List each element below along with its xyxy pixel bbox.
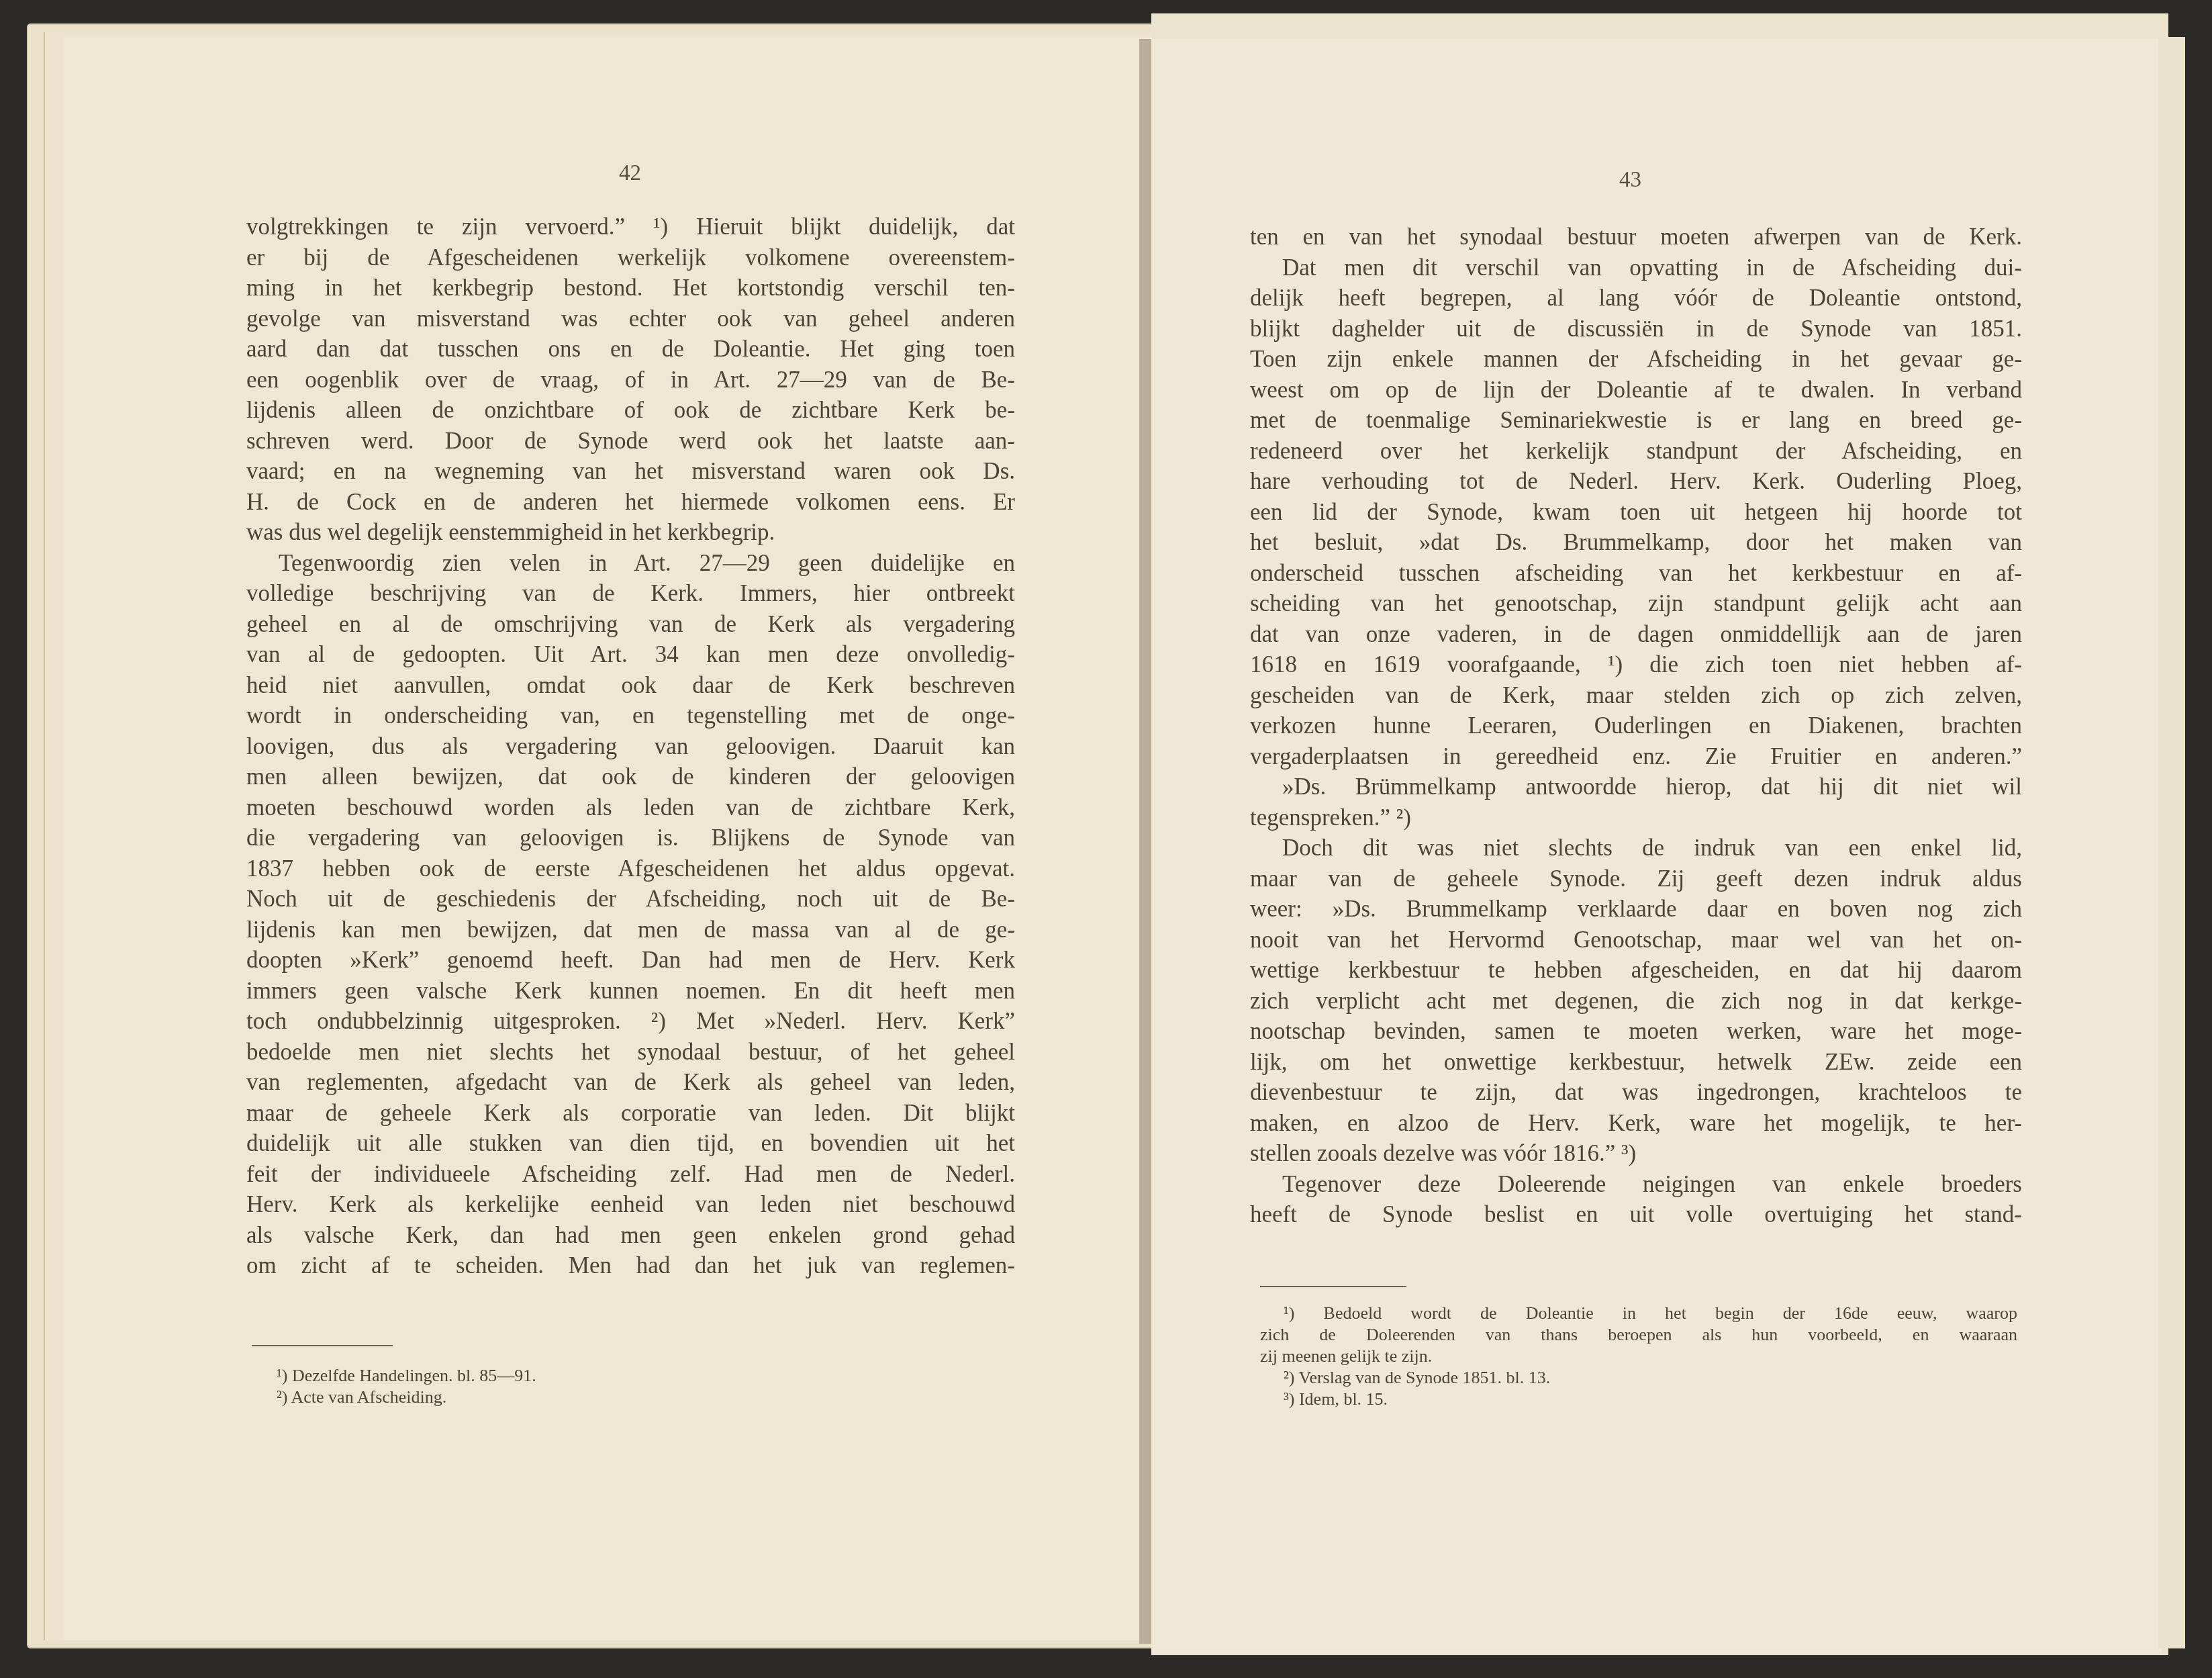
text-line: heid niet aanvullen, omdat ook daar de K… — [246, 670, 1015, 701]
text-line: lijdenis alleen de onzichtbare of ook de… — [246, 395, 1015, 426]
text-line: scheiding van het genootschap, zijn stan… — [1250, 588, 2022, 619]
left-footnote-rule — [252, 1345, 393, 1346]
text-line: moeten beschouwd worden als leden van de… — [246, 792, 1015, 823]
text-line: stellen zooals dezelve was vóór 1816.” ³… — [1250, 1138, 2022, 1169]
text-line: maar van de geheele Synode. Zij geeft de… — [1250, 864, 2022, 894]
text-line: feit der individueele Afscheiding zelf. … — [246, 1159, 1015, 1190]
text-line: lijk, om het onwettige kerkbestuur, hetw… — [1250, 1047, 2022, 1078]
text-line: »Ds. Brümmelkamp antwoordde hierop, dat … — [1250, 772, 2022, 802]
text-line: Noch uit de geschiedenis der Afscheiding… — [246, 884, 1015, 915]
text-line: volledige beschrijving van de Kerk. Imme… — [246, 578, 1015, 609]
text-line: volgtrekkingen te zijn vervoerd.” ¹) Hie… — [246, 212, 1015, 242]
text-line: heeft de Synode beslist en uit volle ove… — [1250, 1199, 2022, 1230]
text-line: 1837 hebben ook de eerste Afgescheidenen… — [246, 853, 1015, 884]
text-line: verkozen hunne Leeraren, Ouderlingen en … — [1250, 710, 2022, 741]
text-line: er bij de Afgescheidenen werkelijk volko… — [246, 242, 1015, 273]
text-line: bedoelde men niet slechts het synodaal b… — [246, 1037, 1015, 1068]
text-line: onderscheid tusschen afscheiding van het… — [1250, 558, 2022, 589]
text-line: men alleen bewijzen, dat ook de kinderen… — [246, 761, 1015, 792]
text-line: ming in het kerkbegrip bestond. Het kort… — [246, 273, 1015, 304]
text-line: het besluit, »dat Ds. Brummelkamp, door … — [1250, 527, 2022, 558]
text-line: van reglementen, afgedacht van de Kerk a… — [246, 1067, 1015, 1098]
footnote-2: ²) Verslag van de Synode 1851. bl. 13. — [1260, 1367, 2017, 1389]
text-line: wordt in onderscheiding van, en tegenste… — [246, 700, 1015, 731]
text-line: ten en van het synodaal bestuur moeten a… — [1250, 222, 2022, 252]
text-line: Toen zijn enkele mannen der Afscheiding … — [1250, 344, 2022, 375]
text-line: geheel en al de omschrijving van de Kerk… — [246, 609, 1015, 640]
text-line: H. de Cock en de anderen het hiermede vo… — [246, 487, 1015, 518]
footnote-1: ¹) Bedoeld wordt de Doleantie in het beg… — [1260, 1303, 2017, 1324]
right-page-stack-edge — [2158, 37, 2185, 1648]
text-line: tegenspreken.” ²) — [1250, 802, 2022, 833]
text-line: weer: »Ds. Brummelkamp verklaarde daar e… — [1250, 894, 2022, 925]
text-line: een oogenblik over de vraag, of in Art. … — [246, 365, 1015, 395]
text-line: met de toenmalige Seminariekwestie is er… — [1250, 405, 2022, 436]
text-line: schreven werd. Door de Synode werd ook h… — [246, 426, 1015, 457]
text-line: maken, en alzoo de Herv. Kerk, ware het … — [1250, 1108, 2022, 1139]
left-page-footnotes: ¹) Dezelfde Handelingen. bl. 85—91.²) Ac… — [277, 1365, 747, 1408]
text-line: was dus wel degelijk eenstemmigheid in h… — [246, 517, 1015, 548]
text-line: aard dan dat tusschen ons en de Doleanti… — [246, 334, 1015, 365]
text-line: gevolge van misverstand was echter ook v… — [246, 304, 1015, 334]
text-line: hare verhouding tot de Nederl. Herv. Ker… — [1250, 466, 2022, 497]
text-line: gescheiden van de Kerk, maar stelden zic… — [1250, 680, 2022, 711]
text-line: doopten »Kerk” genoemd heeft. Dan had me… — [246, 945, 1015, 976]
text-line: een lid der Synode, kwam toen uit hetgee… — [1250, 497, 2022, 528]
text-line: immers geen valsche Kerk kunnen noemen. … — [246, 976, 1015, 1007]
footnote-1: zij meenen gelijk te zijn. — [1260, 1346, 2017, 1367]
footnote-2: ²) Acte van Afscheiding. — [277, 1387, 747, 1408]
text-line: Dat men dit verschil van opvatting in de… — [1250, 252, 2022, 283]
text-line: vaard; en na wegneming van het misversta… — [246, 456, 1015, 487]
text-line: redeneerd over het kerkelijk standpunt d… — [1250, 436, 2022, 467]
text-line: 1618 en 1619 voorafgaande, ¹) die zich t… — [1250, 649, 2022, 680]
text-line: dat van onze vaderen, in de dagen onmidd… — [1250, 619, 2022, 650]
text-line: als valsche Kerk, dan had men geen enkel… — [246, 1220, 1015, 1251]
left-page-body: volgtrekkingen te zijn vervoerd.” ¹) Hie… — [246, 212, 1015, 1281]
text-line: toch ondubbelzinnig uitgesproken. ²) Met… — [246, 1006, 1015, 1037]
text-line: dievenbestuur te zijn, dat was ingedrong… — [1250, 1077, 2022, 1108]
text-line: blijkt daghelder uit de discussiën in de… — [1250, 314, 2022, 344]
text-line: Herv. Kerk als kerkelijke eenheid van le… — [246, 1189, 1015, 1220]
text-line: maar de geheele Kerk als corporatie van … — [246, 1098, 1015, 1129]
text-line: wettige kerkbestuur te hebben afgescheid… — [1250, 955, 2022, 986]
footnote-1: zich de Doleerenden van thans beroepen a… — [1260, 1324, 2017, 1346]
text-line: Tegenwoordig zien velen in Art. 27—29 ge… — [246, 548, 1015, 579]
text-line: vergaderplaatsen in gereedheid enz. Zie … — [1250, 741, 2022, 772]
footnote-3: ³) Idem, bl. 15. — [1260, 1389, 2017, 1410]
text-line: weest om op de lijn der Doleantie af te … — [1250, 375, 2022, 406]
text-line: delijk heeft begrepen, al lang vóór de D… — [1250, 283, 2022, 314]
text-line: die vergadering van geloovigen is. Blijk… — [246, 823, 1015, 853]
book-gutter — [1139, 39, 1151, 1644]
footnote-1: ¹) Dezelfde Handelingen. bl. 85—91. — [277, 1365, 747, 1387]
text-line: Doch dit was niet slechts de indruk van … — [1250, 833, 2022, 864]
text-line: lijdenis kan men bewijzen, dat men de ma… — [246, 915, 1015, 945]
page-number-left: 42 — [619, 161, 641, 186]
text-line: nootschap bevinden, samen te moeten werk… — [1250, 1016, 2022, 1047]
right-page-footnotes: ¹) Bedoeld wordt de Doleantie in het beg… — [1260, 1303, 2017, 1410]
right-footnote-rule — [1260, 1286, 1406, 1287]
text-line: duidelijk uit alle stukken van dien tijd… — [246, 1128, 1015, 1159]
text-line: zich verplicht acht met degenen, die zic… — [1250, 986, 2022, 1017]
text-line: om zicht af te scheiden. Men had dan het… — [246, 1250, 1015, 1281]
text-line: loovigen, dus als vergadering van geloov… — [246, 731, 1015, 762]
page-number-right: 43 — [1619, 168, 1641, 193]
text-line: Tegenover deze Doleerende neigingen van … — [1250, 1169, 2022, 1200]
text-line: nooit van het Hervormd Genootschap, maar… — [1250, 925, 2022, 955]
text-line: van al de gedoopten. Uit Art. 34 kan men… — [246, 639, 1015, 670]
right-page-body: ten en van het synodaal bestuur moeten a… — [1250, 222, 2022, 1230]
